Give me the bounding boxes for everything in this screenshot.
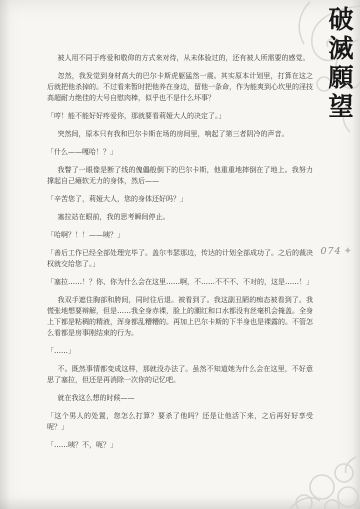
- paragraph: 就在我这么想的时候——: [47, 393, 313, 404]
- paragraph: 我瞥了一眼像是断了线的傀儡般倒下的巴尔卡斯，他重重地摔倒在了地上。我努力撑起自己…: [47, 165, 313, 187]
- paragraph: 我双手遮住胸部和胯间，同时往后退。被看到了。我这副丑陋的痴态被看到了。我慌张地想…: [47, 295, 313, 339]
- paragraph: 塞拉站在眼前，我的思考瞬间停止。: [47, 212, 313, 223]
- paragraph: 「辛苦您了，莉娅大人，您的身体还好吗？」: [47, 194, 313, 205]
- page-number-ornament-icon: ✦: [344, 247, 352, 257]
- page-number-block: 074 ✦: [320, 246, 352, 257]
- page-number: 074: [320, 246, 341, 257]
- body-text: 被人用不同于疼爱和敬仰的方式来对待，从未体验过的，还有被人所需要的感觉。忽然，我…: [47, 53, 313, 458]
- paragraph: 「……」: [47, 346, 313, 357]
- paragraph: 不。既然事情都变成这样，那就没办法了。虽然不知道她为什么会在这里，不好意思了塞拉…: [47, 364, 313, 386]
- paragraph: 被人用不同于疼爱和敬仰的方式来对待，从未体验过的，还有被人所需要的感觉。: [47, 53, 313, 64]
- paragraph: 忽然，我发觉到身材高大的巴尔卡斯虎躯猛然一震。其实原本计划里，打算在这之后就把他…: [47, 71, 313, 104]
- paragraph: 「善后工作已经全部处理完毕了。盖尔韦瑟那边，传达的计划全部成功了。之后的裁决权就…: [47, 248, 313, 270]
- book-page: 破滅願望 074 ✦ 被人用不同于疼爱和敬仰的方式来对待，从未体验过的，还有被人…: [0, 0, 360, 509]
- paragraph: 「哈啊？！！——咦？」: [47, 230, 313, 241]
- paragraph: 突然间，原本只有我和巴尔卡斯在场的房间里，响起了第三者阴冷的声音。: [47, 129, 313, 140]
- paragraph: 「什么——嘎哈！？」: [47, 147, 313, 158]
- paragraph: 「……咦？不，呃？」: [47, 440, 313, 451]
- paragraph: 「塞拉……！？你、你为什么会在这里……啊，不……不不不、不对的，这是……！」: [47, 277, 313, 288]
- paragraph: 「这个男人的处置，您怎么打算？要杀了他吗？还是让他活下来，之后再好好享受呢？」: [47, 411, 313, 433]
- book-title-vertical: 破滅願望: [327, 6, 352, 122]
- paragraph: 「哼！能不能好好疼爱你，那就要看莉娅大人的决定了。」: [47, 111, 313, 122]
